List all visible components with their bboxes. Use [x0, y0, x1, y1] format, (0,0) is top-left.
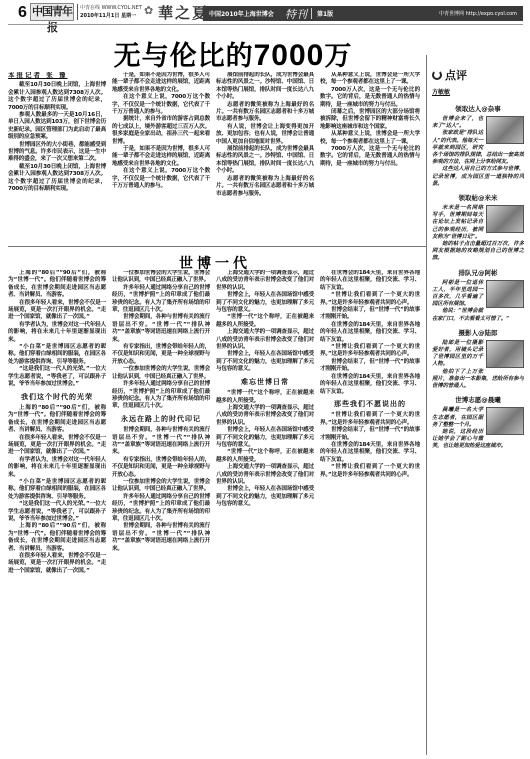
paragraph: “世博一代”这个称呼，正在被越来越多的人所接受。	[216, 449, 314, 464]
lead-article-col-4: 从某种意义上说，世博会是一所大学校，每一个参观者都在这里上了一课。 7000万人…	[320, 72, 420, 240]
paragraph: 在这个意义上说，7000万这个数字，不仅仅是一个统计数据，它代表了千千万万普通人…	[112, 94, 210, 116]
paragraph: 世博园区外的大小街巷，都能感受到世博的气息。许多市民表示，这是一生中难得的盛会，…	[8, 142, 106, 164]
lead-article-col-1: 本报记者 张 豫 截至10月30日晚上闭馆，上海世博会累计入园参观人数达到730…	[8, 72, 106, 240]
banner-section: 第1版	[317, 9, 333, 18]
section-divider	[8, 246, 426, 247]
lead-article-col-2: 于是，如果不是因为世博，很多人可能一辈子都不会走进这样的展馆，近距离地感受来自世…	[112, 72, 210, 240]
paragraph: 参观人数最多的一天是10月16日，单日入园人数达到103万，创下世博会历史新纪录…	[8, 112, 106, 142]
paragraph: “小白菜”是世博园区志愿者的昵称。他们穿着白绿相间的服装，在园区各处为游客提供咨…	[8, 479, 106, 501]
sidebar-item: 阿彬是一位退休工人，半年里进园一百多次，几乎看遍了园区所有展馆。 他说：“世博会…	[432, 280, 524, 323]
paragraph: 有人说，世博会让上海变得更加开放、更加包容；也有人说，世博会让普通中国人更加自信…	[216, 124, 314, 146]
sidebar-item-heading: 领取帖@米米	[432, 193, 524, 202]
paragraph: 有专家指出，世博会带给年轻人的，不仅是知识和见闻，更是一种全球视野与开放心态。	[112, 457, 210, 479]
masthead-divider	[77, 4, 78, 20]
paragraph: “小白菜”是世博园区志愿者的昵称。他们穿着白绿相间的服装，在园区各处为游客提供咨…	[8, 344, 106, 366]
paragraph: 上海交通大学的一项调查显示，超过八成的受访青年表示世博会改变了他们对世界的认识。	[216, 405, 314, 427]
paragraph: 7000万人次，这是一个无与伦比的数字。它的背后，是无数普通人的热情与期待，是一…	[320, 87, 420, 109]
paragraph: 在世博会的184天里，来自世界各地的年轻人在这里相聚，他们交流、学习、结下友谊。	[320, 374, 420, 396]
banner-event-name: 中国2010年上海世博会	[209, 9, 274, 18]
paragraph: 许多年轻人通过网络分享自己的世博经历，“世博护照”上的印章成了他们最珍贵的纪念。…	[112, 494, 210, 524]
portrait-photo	[486, 116, 524, 144]
portrait-photo	[486, 340, 524, 368]
headline-number: 7000	[254, 39, 325, 72]
paragraph: 上海的“80后”“90后”们，被称为“世博一代”。他们伴随着世博会的筹备成长，在…	[8, 523, 106, 553]
paragraph: 7000万人次，这是一个无与伦比的数字。它的背后，是无数普通人的热情与期待，是一…	[320, 146, 420, 168]
sidebar-divider	[426, 55, 427, 755]
paragraph: 世博会结束了，但“世博一代”的故事才刚刚开始。	[320, 427, 420, 442]
paragraph: 有专家指出，世博会带给年轻人的，不仅是知识和见闻，更是一种全球视野与开放心态。	[112, 344, 210, 366]
paragraph: 从某种意义上说，世博会是一所大学校，每一个参观者都在这里上了一课。	[320, 131, 420, 146]
sidebar-item: 陆郎是一位摄影爱好者，用镜头记录了世博园区里的万千人物。 他拍下了上万张照片，准…	[432, 340, 524, 390]
paragraph: “这是我们这一代人的光荣。”一位大学生志愿者说，“等我老了，可以跟孙子说，爷爷当…	[8, 366, 106, 388]
paragraph: 截至10月30日晚上闭馆，上海世博会累计入园参观人数达到7308万人次。这个数字…	[8, 82, 106, 112]
paragraph: 于是，如果不是因为世博，很多人可能一辈子都不会走进这样的展馆，近距离地感受来自世…	[112, 146, 210, 168]
page-headline: 无与伦比的7000万	[78, 34, 388, 73]
paragraph: 志愿者的微笑被称为上海最好的名片。一共有数万名园区志愿者和十多万城市志愿者参与服…	[216, 102, 314, 124]
newspaper-logo: 中国青年报	[30, 3, 74, 21]
paragraph: 她的帖子点击量超过百万次，许多网友根据她的攻略规划自己的世博之旅。	[432, 241, 524, 263]
paragraph: 许多年轻人通过网络分享自己的世博经历，“世博护照”上的印章成了他们最珍贵的纪念。…	[112, 285, 210, 315]
section-col-1: 上海的“80后”“90后”们，被称为“世博一代”。他们伴随着世博会的筹备成长，在…	[8, 270, 106, 755]
paragraph: 一位参加世博会的大学生说，世博会让他认识到，中国已经真正融入了世界。	[112, 366, 210, 381]
sidebar-item: 晨曦是一名大学生志愿者，在园区服务了整整一个月。 她说，这段经历让她学会了耐心与…	[432, 407, 524, 450]
sidebar-commentary: 点评 方敏敏 领取达人@杂事 世博会来了，也来了“达人”。 张家政是“排队达人”…	[432, 55, 524, 755]
paragraph: 在世博会的184天里，来自世界各地的年轻人在这里相聚，他们交流、学习、结下友谊。	[320, 270, 420, 292]
commentary-title: 点评	[432, 67, 524, 83]
portrait-photo	[486, 280, 524, 308]
sidebar-item-heading: 世博志愿@晨曦	[432, 395, 524, 404]
paragraph: 他拍下了上万张照片，准备出一本影集，送给所有参与世博的普通人。	[432, 369, 524, 391]
subheading: 那些我们不愿说出的	[320, 401, 420, 408]
section-col-4: 在世博会的184天里，来自世界各地的年轻人在这里相聚，他们交流、学习、结下友谊。…	[320, 270, 420, 755]
paragraph: 世博会期间，各种与世博有关的流行语层出不穷。“世博一代”“排队神功”“盖章族”等…	[112, 427, 210, 457]
expo-emblem-icon: ✿	[144, 4, 153, 17]
paragraph: 上海交通大学的一项调查显示，超过八成的受访青年表示世博会改变了他们对世界的认识。	[216, 464, 314, 486]
paragraph: 上海交通大学的一项调查显示，超过八成的受访青年表示世博会改变了他们对世界的认识。	[216, 329, 314, 351]
paragraph: 展馆前排起的长队，成为世博会最具标志性的风景之一。沙特馆、中国馆、日本馆等热门展…	[216, 146, 314, 176]
sidebar-item: 世博会来了，也来了“达人”。 张家政是“排队达人”的代表。他每天一早就来到园区，…	[432, 116, 524, 188]
section-banner: 中国2010年上海世博会 特刊 第1版 中青世博网 http://expo.cy…	[203, 6, 523, 21]
paragraph: 有学者认为，世博会对这一代年轻人的影响，将在未来几十年里逐渐显现出来。	[8, 322, 106, 344]
banner-website: 中青世博网 http://expo.cyol.com	[439, 10, 517, 17]
paragraph: 闭幕之后，世博园区的大部分场馆将被拆除，但世博会留下的精神财富将长久地影响这座城…	[320, 109, 420, 131]
paragraph: “世博让我们看到了一个更大的世界。”这是许多年轻参观者共同的心声。	[320, 412, 420, 427]
paragraph: “这是我们这一代人的光荣。”一位大学生志愿者说，“等我老了，可以跟孙子说，爷爷当…	[8, 501, 106, 523]
paragraph: 世博会上，年轻人在各国场馆中感受到了不同文化的魅力，也更加理解了多元与包容的意义…	[216, 351, 314, 373]
paragraph: 一位参加世博会的大学生说，世博会让他认识到，中国已经真正融入了世界。	[112, 270, 210, 285]
paragraph: 上海交通大学的一项调查显示，超过八成的受访青年表示世博会改变了他们对世界的认识。	[216, 270, 314, 292]
banner-divider	[311, 8, 312, 19]
subheading: 我们这个时代的光荣	[8, 394, 106, 401]
subheading: 难忘世博日常	[216, 379, 314, 386]
paragraph: 在很多年轻人看来，世博会不仅是一场展览，更是一次打开眼界的机会。“走进一个国家馆…	[8, 300, 106, 322]
issue-date: 2010年11月1日 星期一	[80, 12, 136, 19]
portrait-photo	[486, 205, 524, 233]
paragraph: 这些达人用自己的方式参与世博、记录世博，成为园区里一道独特的风景。	[432, 166, 524, 188]
paragraph: 志愿者的微笑被称为上海最好的名片。一共有数万名园区志愿者和十多万城市志愿者参与服…	[216, 176, 314, 198]
paragraph: 世博会期间，各种与世博有关的流行语层出不穷。“世博一代”“排队神功”“盖章族”等…	[112, 523, 210, 553]
headline-text: 无与伦比的	[114, 41, 254, 72]
sidebar-item-heading: 摄影人@陆郎	[432, 328, 524, 337]
paragraph: 截至10月30日晚上闭馆，上海世博会累计入园参观人数达到7308万人次。这个数字…	[8, 164, 106, 194]
sidebar-item-heading: 排队兄@阿彬	[432, 268, 524, 277]
paragraph: 世博会结束了，但“世博一代”的故事才刚刚开始。	[320, 359, 420, 374]
paragraph: “世博一代”这个称呼，正在被越来越多的人所接受。	[216, 314, 314, 329]
site-url: 中青在线 WWW.CYOL.NET	[80, 4, 142, 11]
paragraph: 有学者认为，世博会对这一代年轻人的影响，将在未来几十年里逐渐显现出来。	[8, 457, 106, 479]
paragraph: 世博会上，年轻人在各国场馆中感受到了不同文化的魅力，也更加理解了多元与包容的意义…	[216, 427, 314, 449]
brand-title: 華之夏	[158, 2, 209, 23]
paragraph: 上海的“80后”“90后”们，被称为“世博一代”。他们伴随着世博会的筹备成长，在…	[8, 270, 106, 300]
sidebar-item-heading: 领取达人@杂事	[432, 104, 524, 113]
paragraph: 许多年轻人通过网络分享自己的世博经历，“世博护照”上的印章成了他们最珍贵的纪念。…	[112, 381, 210, 411]
paragraph: “世博让我们看到了一个更大的世界。”这是许多年轻参观者共同的心声。	[320, 292, 420, 307]
banner-script-title: 特刊	[285, 6, 307, 22]
paragraph: 世博会结束了，但“世博一代”的故事才刚刚开始。	[320, 307, 420, 322]
paragraph: 在很多年轻人看来，世博会不仅是一场展览，更是一次打开眼界的机会。“走进一个国家馆…	[8, 553, 106, 575]
page-number: 6	[18, 4, 27, 22]
paragraph: 上海的“80后”“90后”们，被称为“世博一代”。他们伴随着世博会的筹备成长，在…	[8, 405, 106, 435]
byline: 本报记者 张 豫	[8, 72, 106, 79]
paragraph: 在世博会的184天里，来自世界各地的年轻人在这里相聚，他们交流、学习、结下友谊。	[320, 442, 420, 464]
commentary-author: 方敏敏	[432, 87, 524, 96]
paragraph: “世博让我们看到了一个更大的世界。”这是许多年轻参观者共同的心声。	[320, 464, 420, 479]
masthead: 6 中国青年报 中青在线 WWW.CYOL.NET 2010年11月1日 星期一…	[0, 0, 530, 26]
paragraph: 世博会上，年轻人在各国场馆中感受到了不同文化的魅力，也更加理解了多元与包容的意义…	[216, 292, 314, 314]
circle-icon	[432, 70, 442, 80]
paragraph: 他说：“世博会就在家门口，不去看看太可惜了。”	[432, 308, 524, 322]
section-col-3: 上海交通大学的一项调查显示，超过八成的受访青年表示世博会改变了他们对世界的认识。…	[216, 270, 314, 755]
paragraph: “世博让我们看到了一个更大的世界。”这是许多年轻参观者共同的心声。	[320, 344, 420, 359]
subheading: 永远在路上的时代印记	[112, 416, 210, 423]
paragraph: 在这个意义上说，7000万这个数字，不仅仅是一个统计数据，它代表了千千万万普通人…	[112, 168, 210, 190]
paragraph: 于是，如果不是因为世博，很多人可能一辈子都不会走进这样的展馆，近距离地感受来自世…	[112, 72, 210, 94]
paragraph: “世博一代”这个称呼，正在被越来越多的人所接受。	[216, 390, 314, 405]
paragraph: 在很多年轻人看来，世博会不仅是一场展览，更是一次打开眼界的机会。“走进一个国家馆…	[8, 435, 106, 457]
sidebar-item: 米米是一名网络写手，世博期间每天在论坛上发帖记录自己的参观经历，被网友称为“世博…	[432, 205, 524, 263]
portrait-photo	[486, 407, 524, 435]
paragraph: 一位参加世博会的大学生说，世博会让他认识到，中国已经真正融入了世界。	[112, 479, 210, 494]
top-rule	[8, 24, 523, 25]
headline-suffix: 万	[324, 41, 352, 72]
section-col-2: 一位参加世博会的大学生说，世博会让他认识到，中国已经真正融入了世界。 许多年轻人…	[112, 270, 210, 755]
paragraph: 世博会期间，各种与世博有关的流行语层出不穷。“世博一代”“排队神功”“盖章族”等…	[112, 314, 210, 344]
paragraph: 从某种意义上说，世博会是一所大学校，每一个参观者都在这里上了一课。	[320, 72, 420, 87]
paragraph: 世博会上，年轻人在各国场馆中感受到了不同文化的魅力，也更加理解了多元与包容的意义…	[216, 486, 314, 508]
lead-article-col-3: 展馆前排起的长队，成为世博会最具标志性的风景之一。沙特馆、中国馆、日本馆等热门展…	[216, 72, 314, 240]
paragraph: 在世博会的184天里，来自世界各地的年轻人在这里相聚，他们交流、学习、结下友谊。	[320, 322, 420, 344]
paragraph: 展馆前排起的长队，成为世博会最具标志性的风景之一。沙特馆、中国馆、日本馆等热门展…	[216, 72, 314, 102]
paragraph: 据统计，来自外省市的游客占到总数的七成以上，境外游客超过三百万人次。很多家庭是全…	[112, 116, 210, 146]
